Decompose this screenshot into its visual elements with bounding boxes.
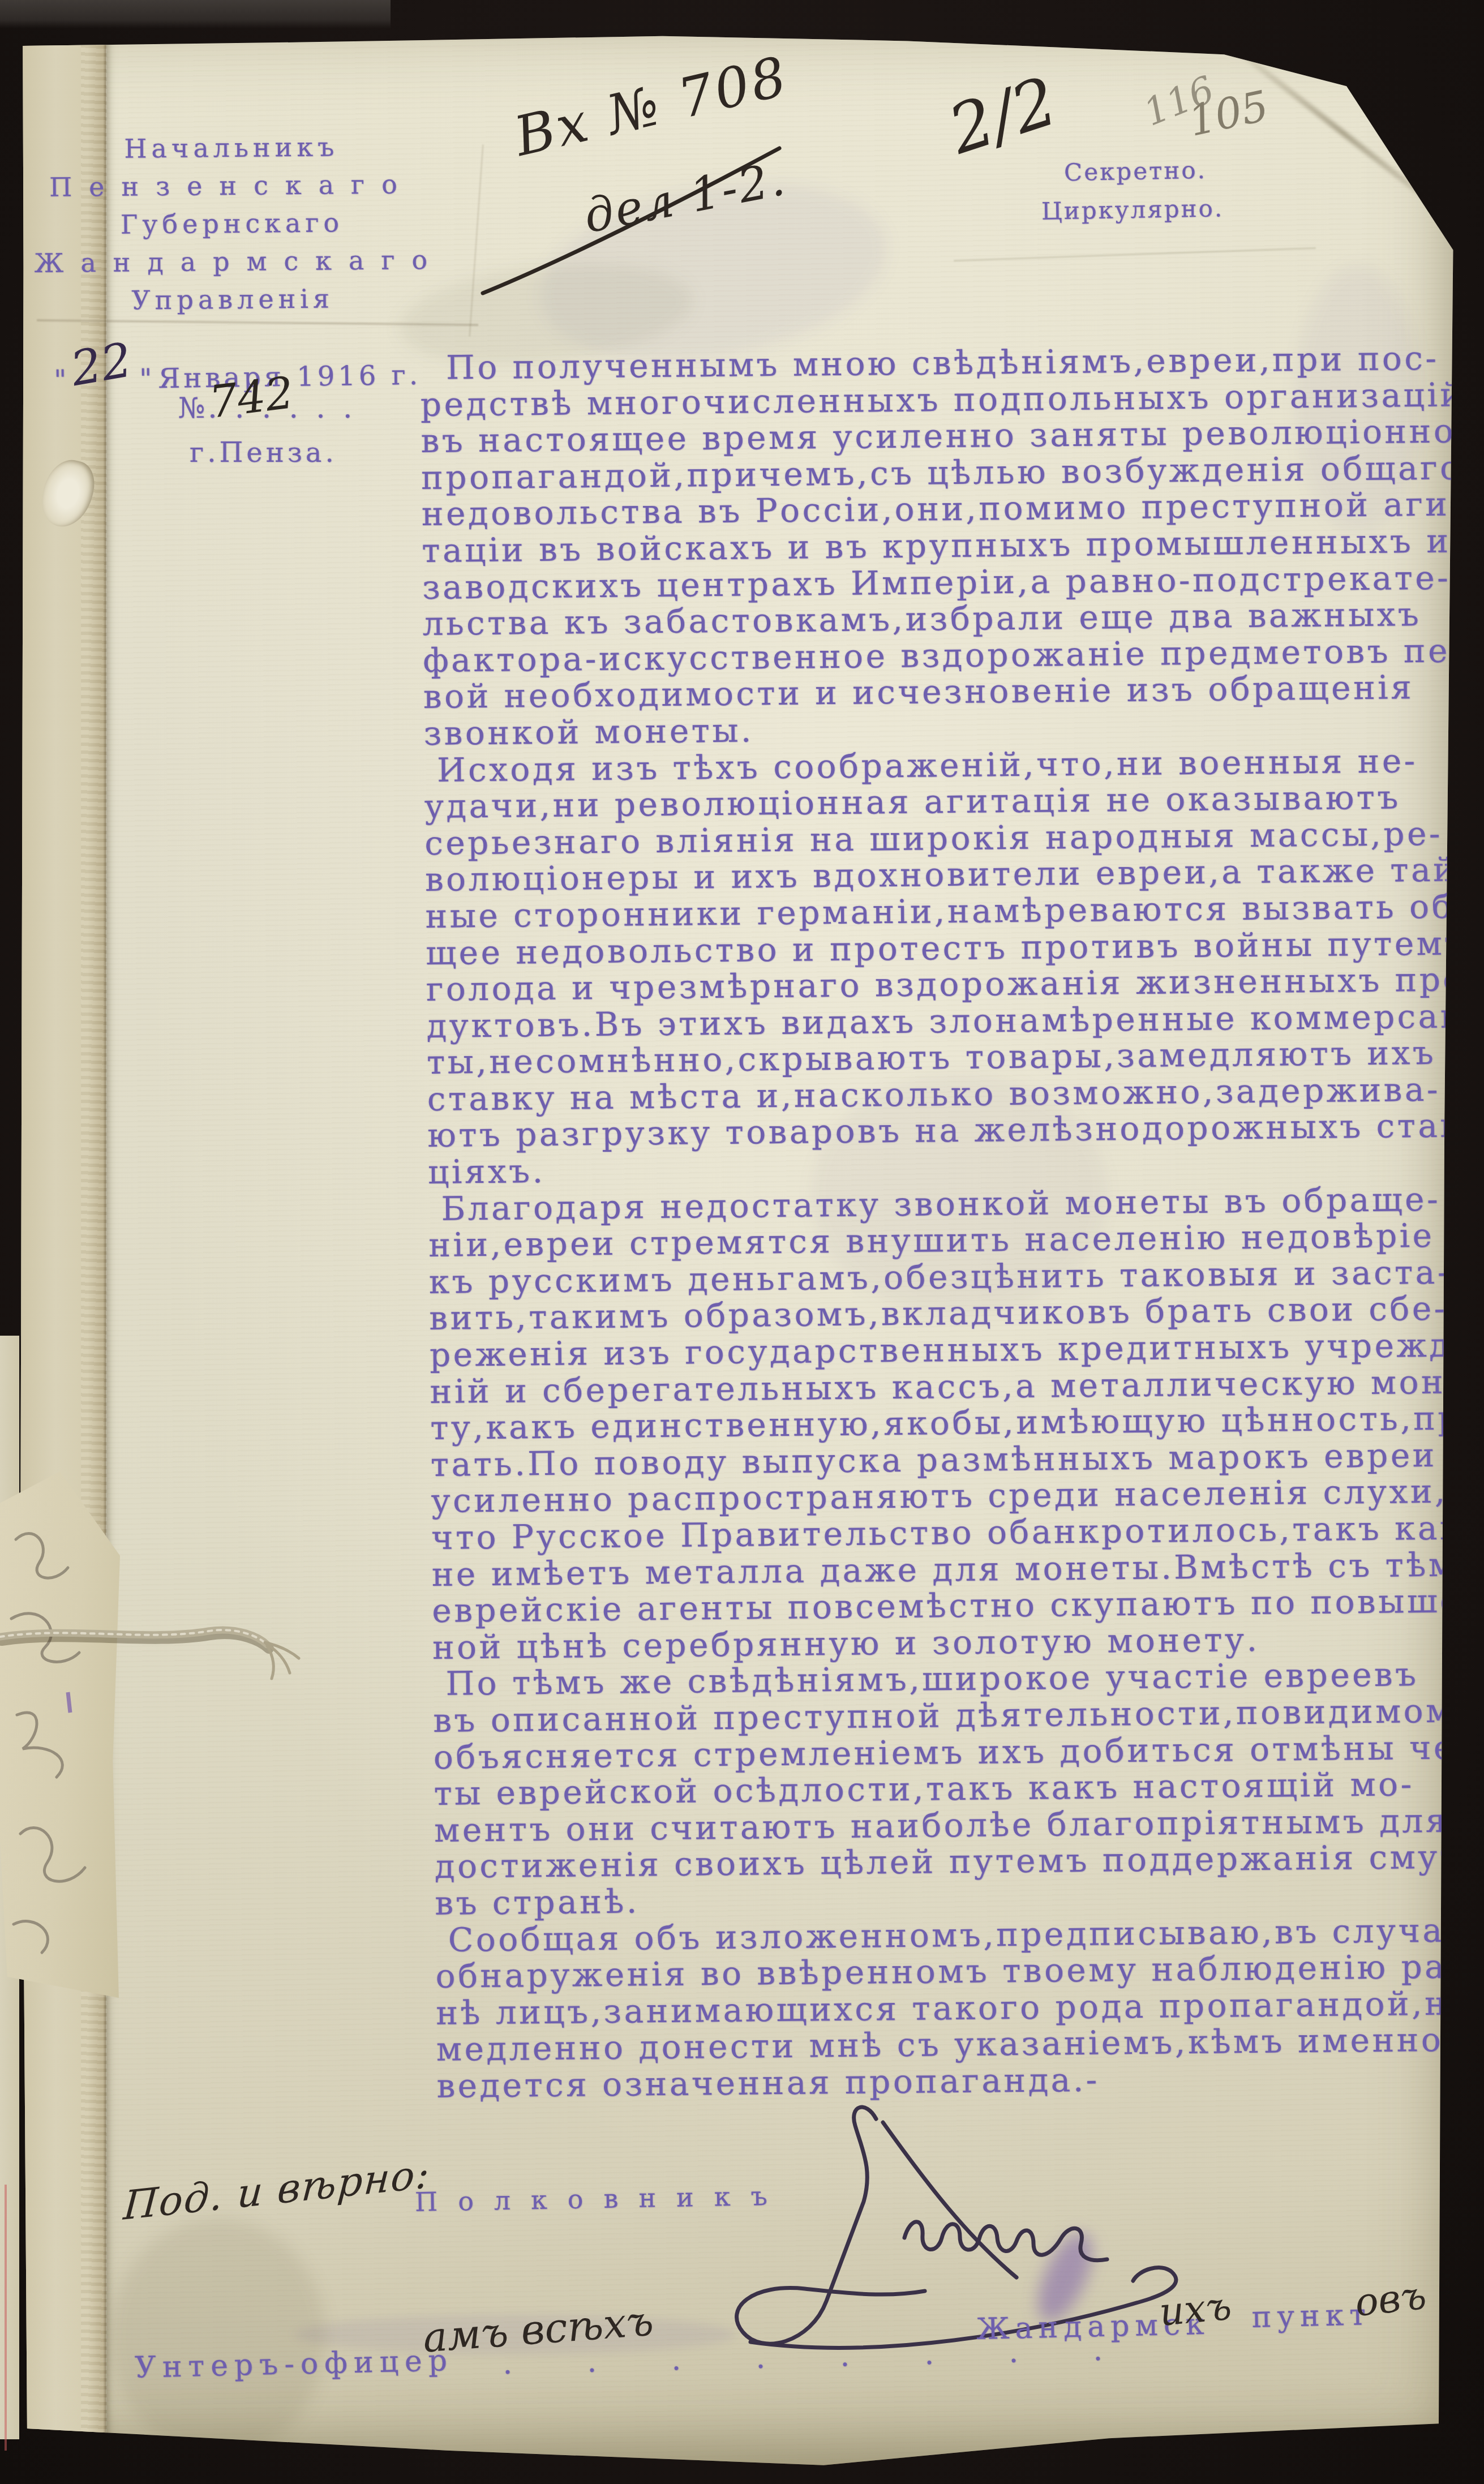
letterhead-line: Жандармскаго (34, 241, 431, 282)
thread-frayed-end (265, 1642, 299, 1679)
footer-handwritten-gendarme-ending: ихъ (1157, 2284, 1233, 2335)
footer-typed-point: пункт (1251, 2298, 1371, 2335)
letterhead-line: Пензенскаго (33, 165, 430, 207)
binding-thread (0, 1585, 306, 1704)
photo-backdrop: Начальникъ Пензенскаго Губернскаго Жанда… (0, 0, 1484, 2484)
footer-handwritten-point-ending: овъ (1353, 2273, 1429, 2326)
letterhead-line: Губернскаго (34, 203, 431, 244)
pencil-scribbles (0, 1471, 120, 1998)
letterhead-line: Начальникъ (33, 127, 430, 169)
letterhead-line: Управленія (35, 279, 431, 320)
letterhead: Начальникъ Пензенскаго Губернскаго Жанда… (33, 127, 431, 320)
number-value-handwritten: 742 (207, 367, 297, 428)
torn-scrap (0, 1471, 120, 1998)
footer-typed-prefix: Унтеръ-офицер (135, 2344, 454, 2385)
date-open-quote: " (54, 364, 67, 396)
date-day-handwritten: 22 (67, 332, 136, 397)
backdrop-shelf-edge (0, 0, 391, 28)
document-body: По полученнымъ мною свѣдѣніямъ,евреи,при… (420, 340, 1484, 2104)
document-page: Начальникъ Пензенскаго Губернскаго Жанда… (14, 23, 1455, 2468)
city-line: г.Пенза. (190, 437, 337, 469)
number-sign: № (178, 392, 205, 424)
classification-secret: Секретно. (1064, 156, 1207, 186)
classification-circular: Циркулярно. (1041, 194, 1224, 225)
date-close-quote: " (139, 363, 152, 394)
underlying-page-margin-rule (5, 2185, 7, 2451)
